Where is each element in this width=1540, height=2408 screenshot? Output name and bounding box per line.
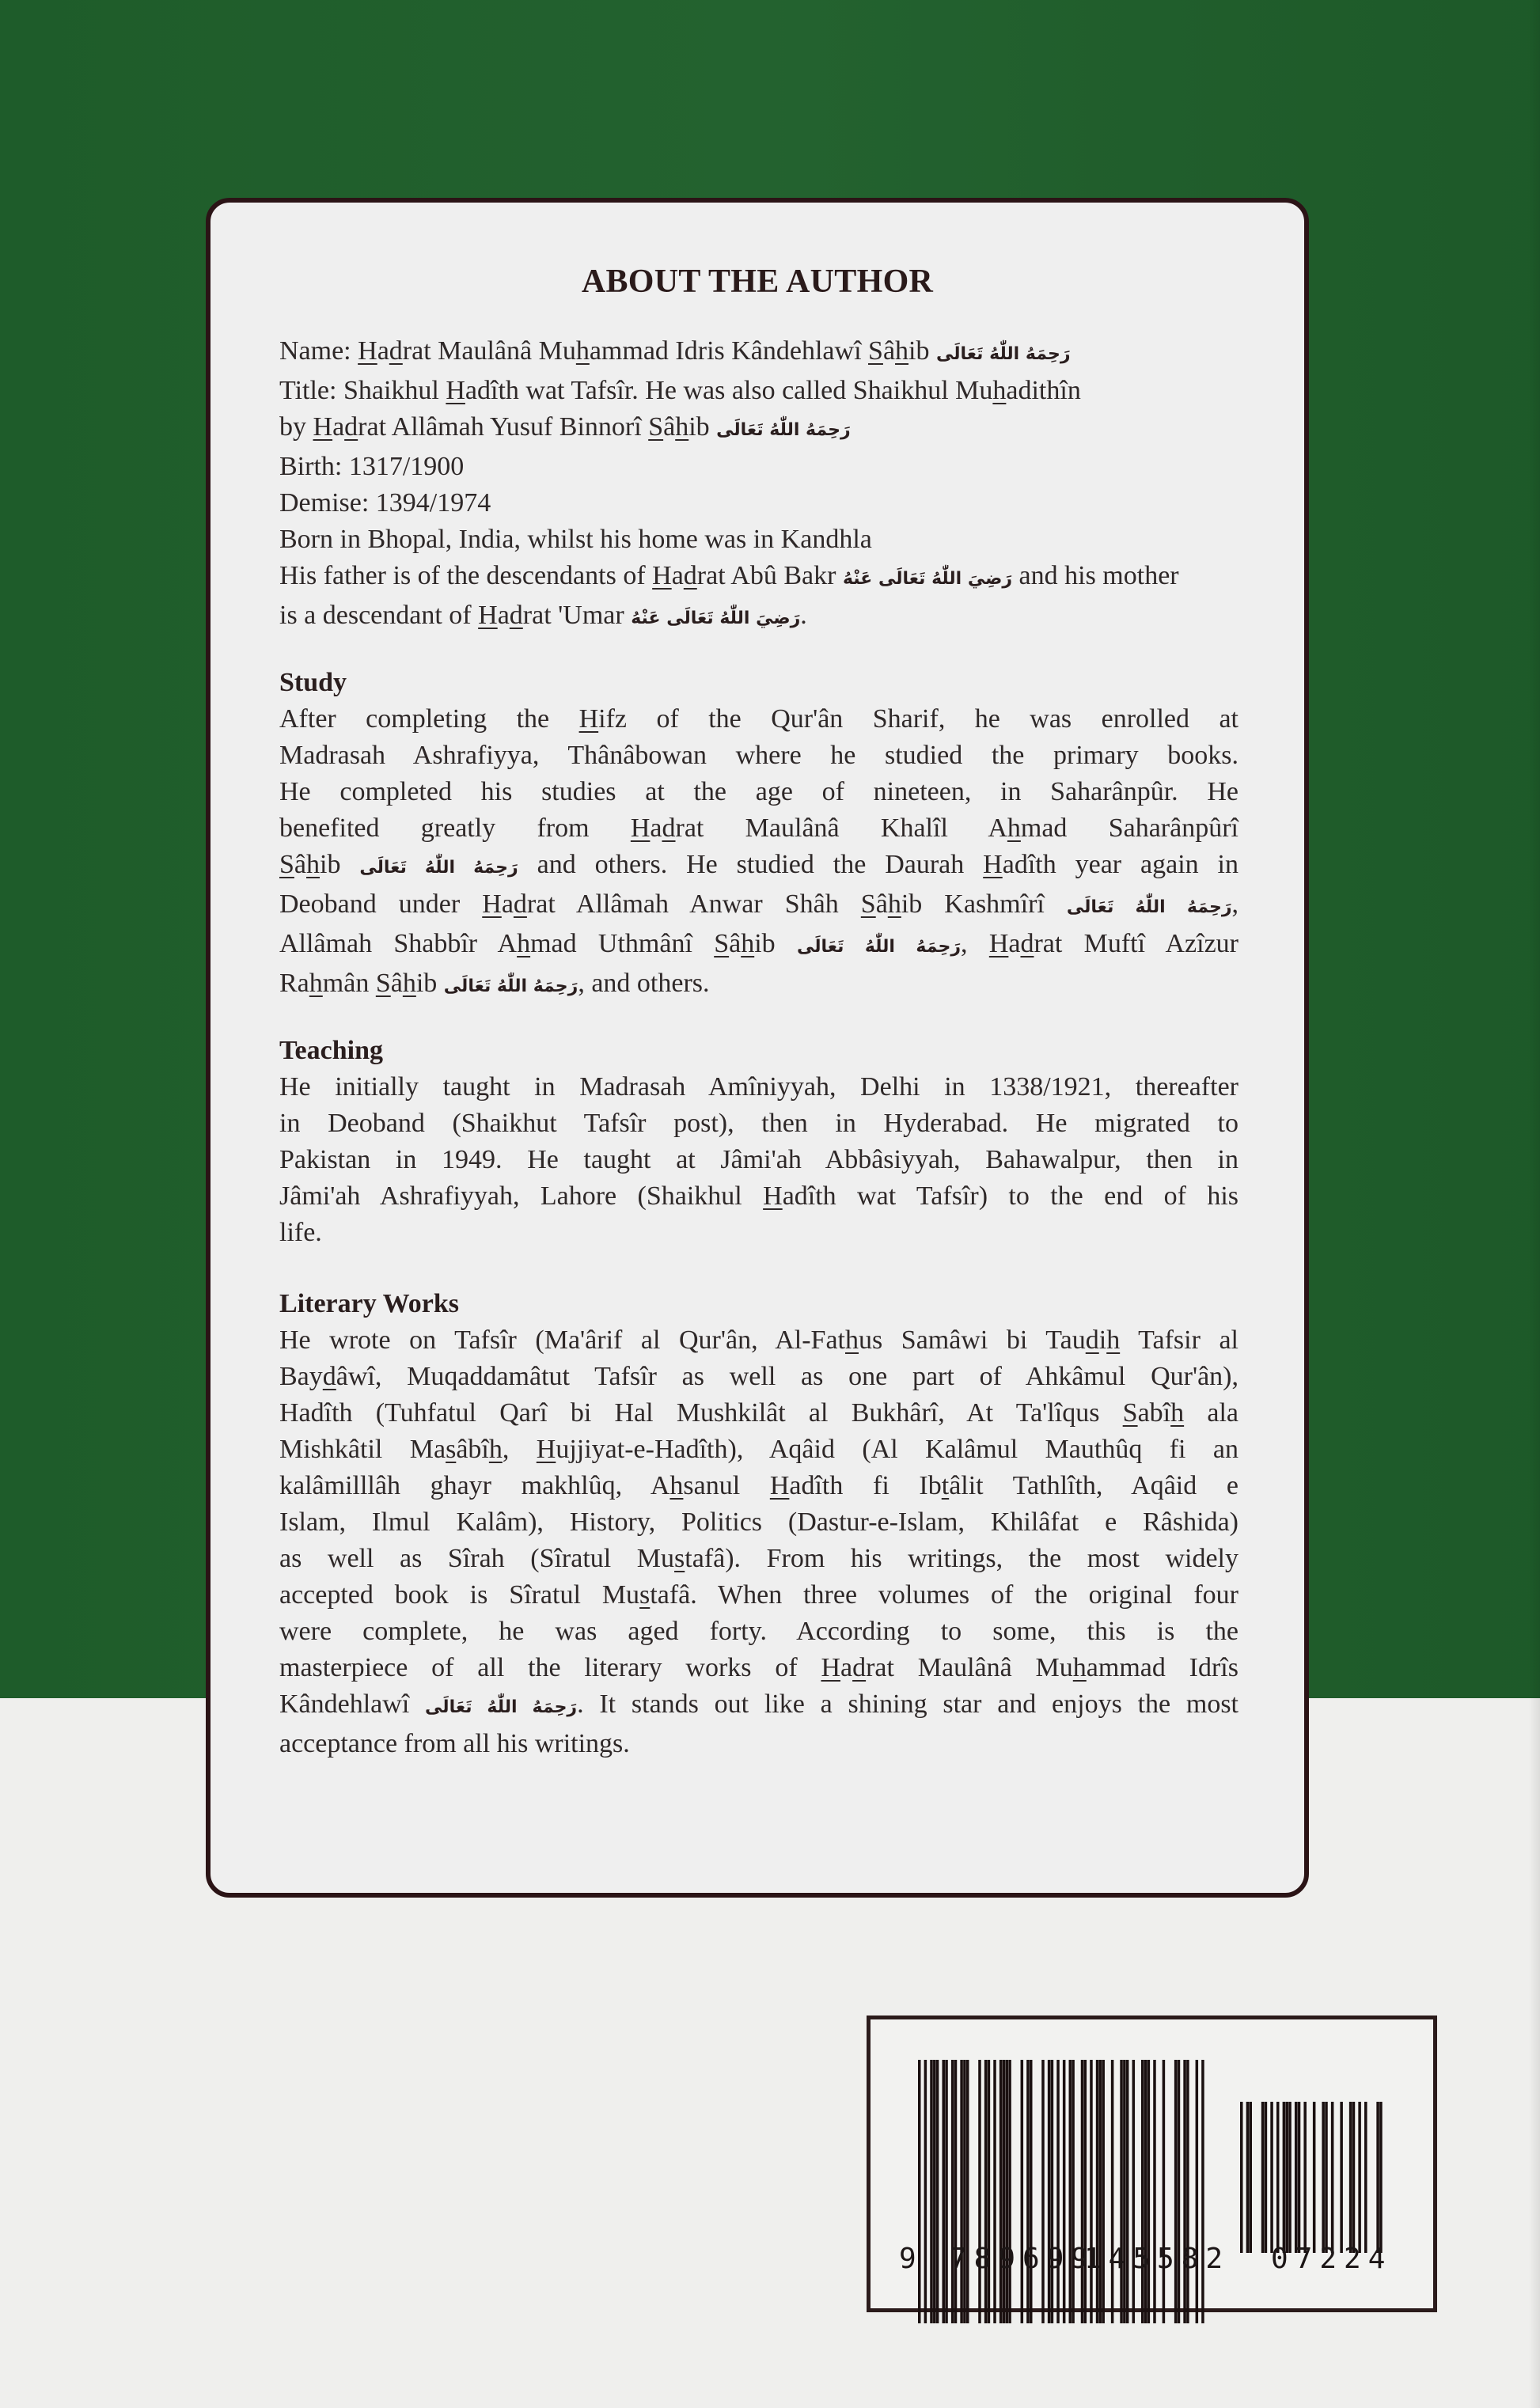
- text-line: Birth: 1317/1900: [279, 449, 1238, 485]
- text-line: His father is of the descendants of Hadr…: [279, 558, 1238, 597]
- honorific-rahimahullah-icon: رَحِمَهُ اللّٰهُ تَعَالَى: [936, 344, 1071, 364]
- section-teaching: Teaching He initially taught in Madrasah…: [279, 1033, 1238, 1251]
- isbn-barcode: 9 789699 145582 07224: [867, 2016, 1437, 2312]
- text-line: life.: [279, 1215, 1238, 1251]
- honorific-radiyallahu-icon: رَضِيَ اللّٰهُ تَعَالَى عَنْهُ: [843, 569, 1012, 589]
- text-line: Madrasah Ashrafiyya, Thânâbowan where he…: [279, 738, 1238, 774]
- text-line: accepted book is Sîratul Mustafâ. When t…: [279, 1577, 1238, 1614]
- text-line: Allâmah Shabbîr Ahmad Uthmânî Sâhib رَحِ…: [279, 926, 1238, 965]
- text-line: He initially taught in Madrasah Amîniyya…: [279, 1069, 1238, 1105]
- barcode-first-digit: 9: [899, 2243, 924, 2275]
- text-line: as well as Sîrah (Sîratul Mustafâ). From…: [279, 1541, 1238, 1577]
- text-line: were complete, he was aged forty. Accord…: [279, 1614, 1238, 1650]
- text-line: masterpiece of all the literary works of…: [279, 1650, 1238, 1686]
- barcode-addon-digits: 07224: [1271, 2243, 1392, 2275]
- author-details: Name: Hadrat Maulânâ Muhammad Idris Kând…: [279, 333, 1238, 637]
- barcode-right-group: 145582: [1084, 2243, 1230, 2275]
- text-line: Sâhib رَحِمَهُ اللّٰهُ تَعَالَى and othe…: [279, 847, 1238, 886]
- honorific-radiyallahu-icon: رَضِيَ اللّٰهُ تَعَالَى عَنْهُ: [631, 609, 800, 628]
- honorific-rahimahullah-icon: رَحِمَهُ اللّٰهُ تَعَالَى: [444, 976, 578, 996]
- barcode-left-group: 789699: [950, 2243, 1095, 2275]
- text-line: Rahmân Sâhib رَحِمَهُ اللّٰهُ تَعَالَى, …: [279, 965, 1238, 1005]
- text-line: benefited greatly from Hadrat Maulânâ Kh…: [279, 810, 1238, 847]
- honorific-rahimahullah-icon: رَحِمَهُ اللّٰهُ تَعَالَى: [1067, 897, 1232, 917]
- text-line: He wrote on Tafsîr (Ma'ârif al Qur'ân, A…: [279, 1322, 1238, 1359]
- honorific-rahimahullah-icon: رَحِمَهُ اللّٰهُ تَعَالَى: [359, 858, 518, 878]
- text-line: Kândehlawî رَحِمَهُ اللّٰهُ تَعَالَى. It…: [279, 1686, 1238, 1726]
- section-study: Study After completing the Hifz of the Q…: [279, 665, 1238, 1005]
- text-line: acceptance from all his writings.: [279, 1726, 1238, 1762]
- text-line: Islam, Ilmul Kalâm), History, Politics (…: [279, 1504, 1238, 1541]
- page-title: ABOUT THE AUTHOR: [211, 263, 1304, 301]
- text-line: Jâmi'ah Ashrafiyyah, Lahore (Shaikhul Ha…: [279, 1178, 1238, 1215]
- section-heading: Study: [279, 665, 1238, 701]
- text-line: Born in Bhopal, India, whilst his home w…: [279, 521, 1238, 558]
- text-line: by Hadrat Allâmah Yusuf Binnorî Sâhib رَ…: [279, 409, 1238, 449]
- spine-shadow: [1529, 0, 1540, 2408]
- about-author-panel: ABOUT THE AUTHOR Name: Hadrat Maulânâ Mu…: [206, 198, 1309, 1898]
- text-line: Baydâwî, Muqaddamâtut Tafsîr as well as …: [279, 1359, 1238, 1395]
- barcode-addon-bars: [1240, 2102, 1383, 2253]
- text-line: Deoband under Hadrat Allâmah Anwar Shâh …: [279, 886, 1238, 926]
- text-line: Hadîth (Tuhfatul Qarî bi Hal Mushkilât a…: [279, 1395, 1238, 1432]
- section-heading: Teaching: [279, 1033, 1238, 1069]
- text-line: Mishkâtil Masâbîh, Hujjiyat-e-Hadîth), A…: [279, 1432, 1238, 1468]
- barcode-ean13-bars: [918, 2060, 1204, 2323]
- honorific-rahimahullah-icon: رَحِمَهُ اللّٰهُ تَعَالَى: [716, 420, 851, 440]
- text-line: Pakistan in 1949. He taught at Jâmi'ah A…: [279, 1142, 1238, 1178]
- text-line: After completing the Hifz of the Qur'ân …: [279, 701, 1238, 738]
- section-literary-works: Literary Works He wrote on Tafsîr (Ma'âr…: [279, 1286, 1238, 1762]
- section-heading: Literary Works: [279, 1286, 1238, 1322]
- text-line: Demise: 1394/1974: [279, 485, 1238, 521]
- honorific-rahimahullah-icon: رَحِمَهُ اللّٰهُ تَعَالَى: [797, 937, 961, 957]
- honorific-rahimahullah-icon: رَحِمَهُ اللّٰهُ تَعَالَى: [425, 1697, 577, 1717]
- text-line: Title: Shaikhul Hadîth wat Tafsîr. He wa…: [279, 373, 1238, 409]
- text-line: kalâmilllâh ghayr makhlûq, Ahsanul Hadît…: [279, 1468, 1238, 1504]
- text-line: is a descendant of Hadrat 'Umar رَضِيَ ا…: [279, 597, 1238, 637]
- text-line: He completed his studies at the age of n…: [279, 774, 1238, 810]
- text-line: in Deoband (Shaikhut Tafsîr post), then …: [279, 1105, 1238, 1142]
- text-line: Name: Hadrat Maulânâ Muhammad Idris Kând…: [279, 333, 1238, 373]
